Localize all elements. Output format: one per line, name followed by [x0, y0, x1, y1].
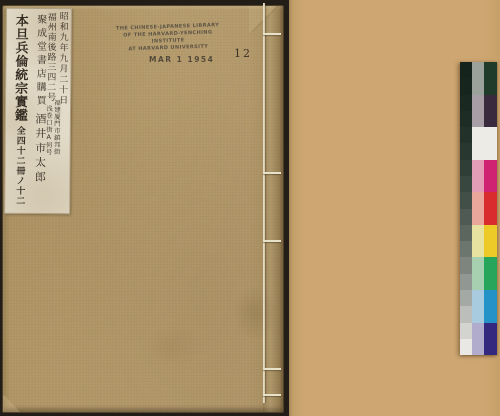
binding-stitch	[263, 368, 281, 370]
color-swatch	[484, 160, 497, 193]
color-swatch	[460, 160, 472, 176]
color-swatch	[460, 78, 472, 94]
color-swatch	[472, 160, 484, 193]
color-swatch	[460, 62, 472, 78]
label-district-line: 福建厦門市鎮邦街	[53, 99, 62, 155]
color-swatch	[472, 127, 484, 160]
binding-stitch	[263, 394, 281, 396]
color-swatch	[472, 95, 484, 128]
pastel-color-column	[472, 62, 484, 355]
color-swatch	[472, 192, 484, 225]
top-right-corner-crease	[249, 6, 283, 32]
color-swatch	[484, 290, 497, 323]
color-swatch	[460, 127, 472, 143]
color-swatch	[484, 95, 497, 128]
color-swatch	[484, 225, 497, 258]
color-swatch	[472, 225, 484, 258]
color-swatch	[484, 257, 497, 290]
color-swatch	[460, 339, 472, 355]
color-swatch	[472, 323, 484, 356]
color-swatch	[472, 290, 484, 323]
label-title: 本旦兵倫統宗實鑑	[10, 14, 30, 122]
color-swatch	[460, 192, 472, 208]
paper-title-label: 本旦兵倫統宗實鑑 全四十二冊ノ十二 昭和九年九月二十日 福州南後路三四二号 聚成…	[4, 8, 72, 215]
color-swatch	[484, 62, 497, 95]
binding-stitch	[263, 33, 281, 35]
spine-fold-shading	[263, 6, 283, 412]
label-date-line: 昭和九年九月二十日	[56, 11, 70, 106]
color-swatch	[484, 323, 497, 356]
color-swatch	[484, 192, 497, 225]
color-swatch	[460, 257, 472, 273]
color-swatch	[460, 241, 472, 257]
cover-stain	[143, 326, 203, 366]
color-swatch	[460, 176, 472, 192]
color-swatch	[472, 62, 484, 95]
binding-thread-vertical	[263, 3, 265, 403]
color-swatch	[460, 290, 472, 306]
label-volume-note: 全四十二冊ノ十二	[13, 126, 27, 206]
bottom-left-corner-fold	[3, 394, 20, 412]
volume-number-stamp: 12	[234, 47, 252, 60]
color-swatch	[484, 127, 497, 160]
label-bookstore-line: 聚成堂書店購買	[32, 14, 48, 109]
binding-stitch	[263, 240, 281, 242]
binding-stitch	[263, 172, 281, 174]
digitized-book-photograph: 本旦兵倫統宗實鑑 全四十二冊ノ十二 昭和九年九月二十日 福州南後路三四二号 聚成…	[0, 0, 500, 416]
color-swatch	[460, 209, 472, 225]
color-swatch	[460, 143, 472, 159]
color-swatch	[460, 225, 472, 241]
grayscale-column	[460, 62, 472, 355]
saturated-color-column	[484, 62, 497, 355]
color-swatch	[460, 111, 472, 127]
color-swatch	[460, 323, 472, 339]
color-swatch	[460, 274, 472, 290]
color-swatch	[472, 257, 484, 290]
library-ownership-stamp: THE CHINESE-JAPANESE LIBRARY OF THE HARV…	[110, 22, 227, 54]
color-swatch	[460, 95, 472, 111]
accession-date-stamp: MAR 1 1954	[149, 55, 214, 64]
color-calibration-bar	[460, 62, 497, 355]
color-swatch	[460, 306, 472, 322]
label-owner-name: 酒井市太郎	[31, 113, 48, 186]
